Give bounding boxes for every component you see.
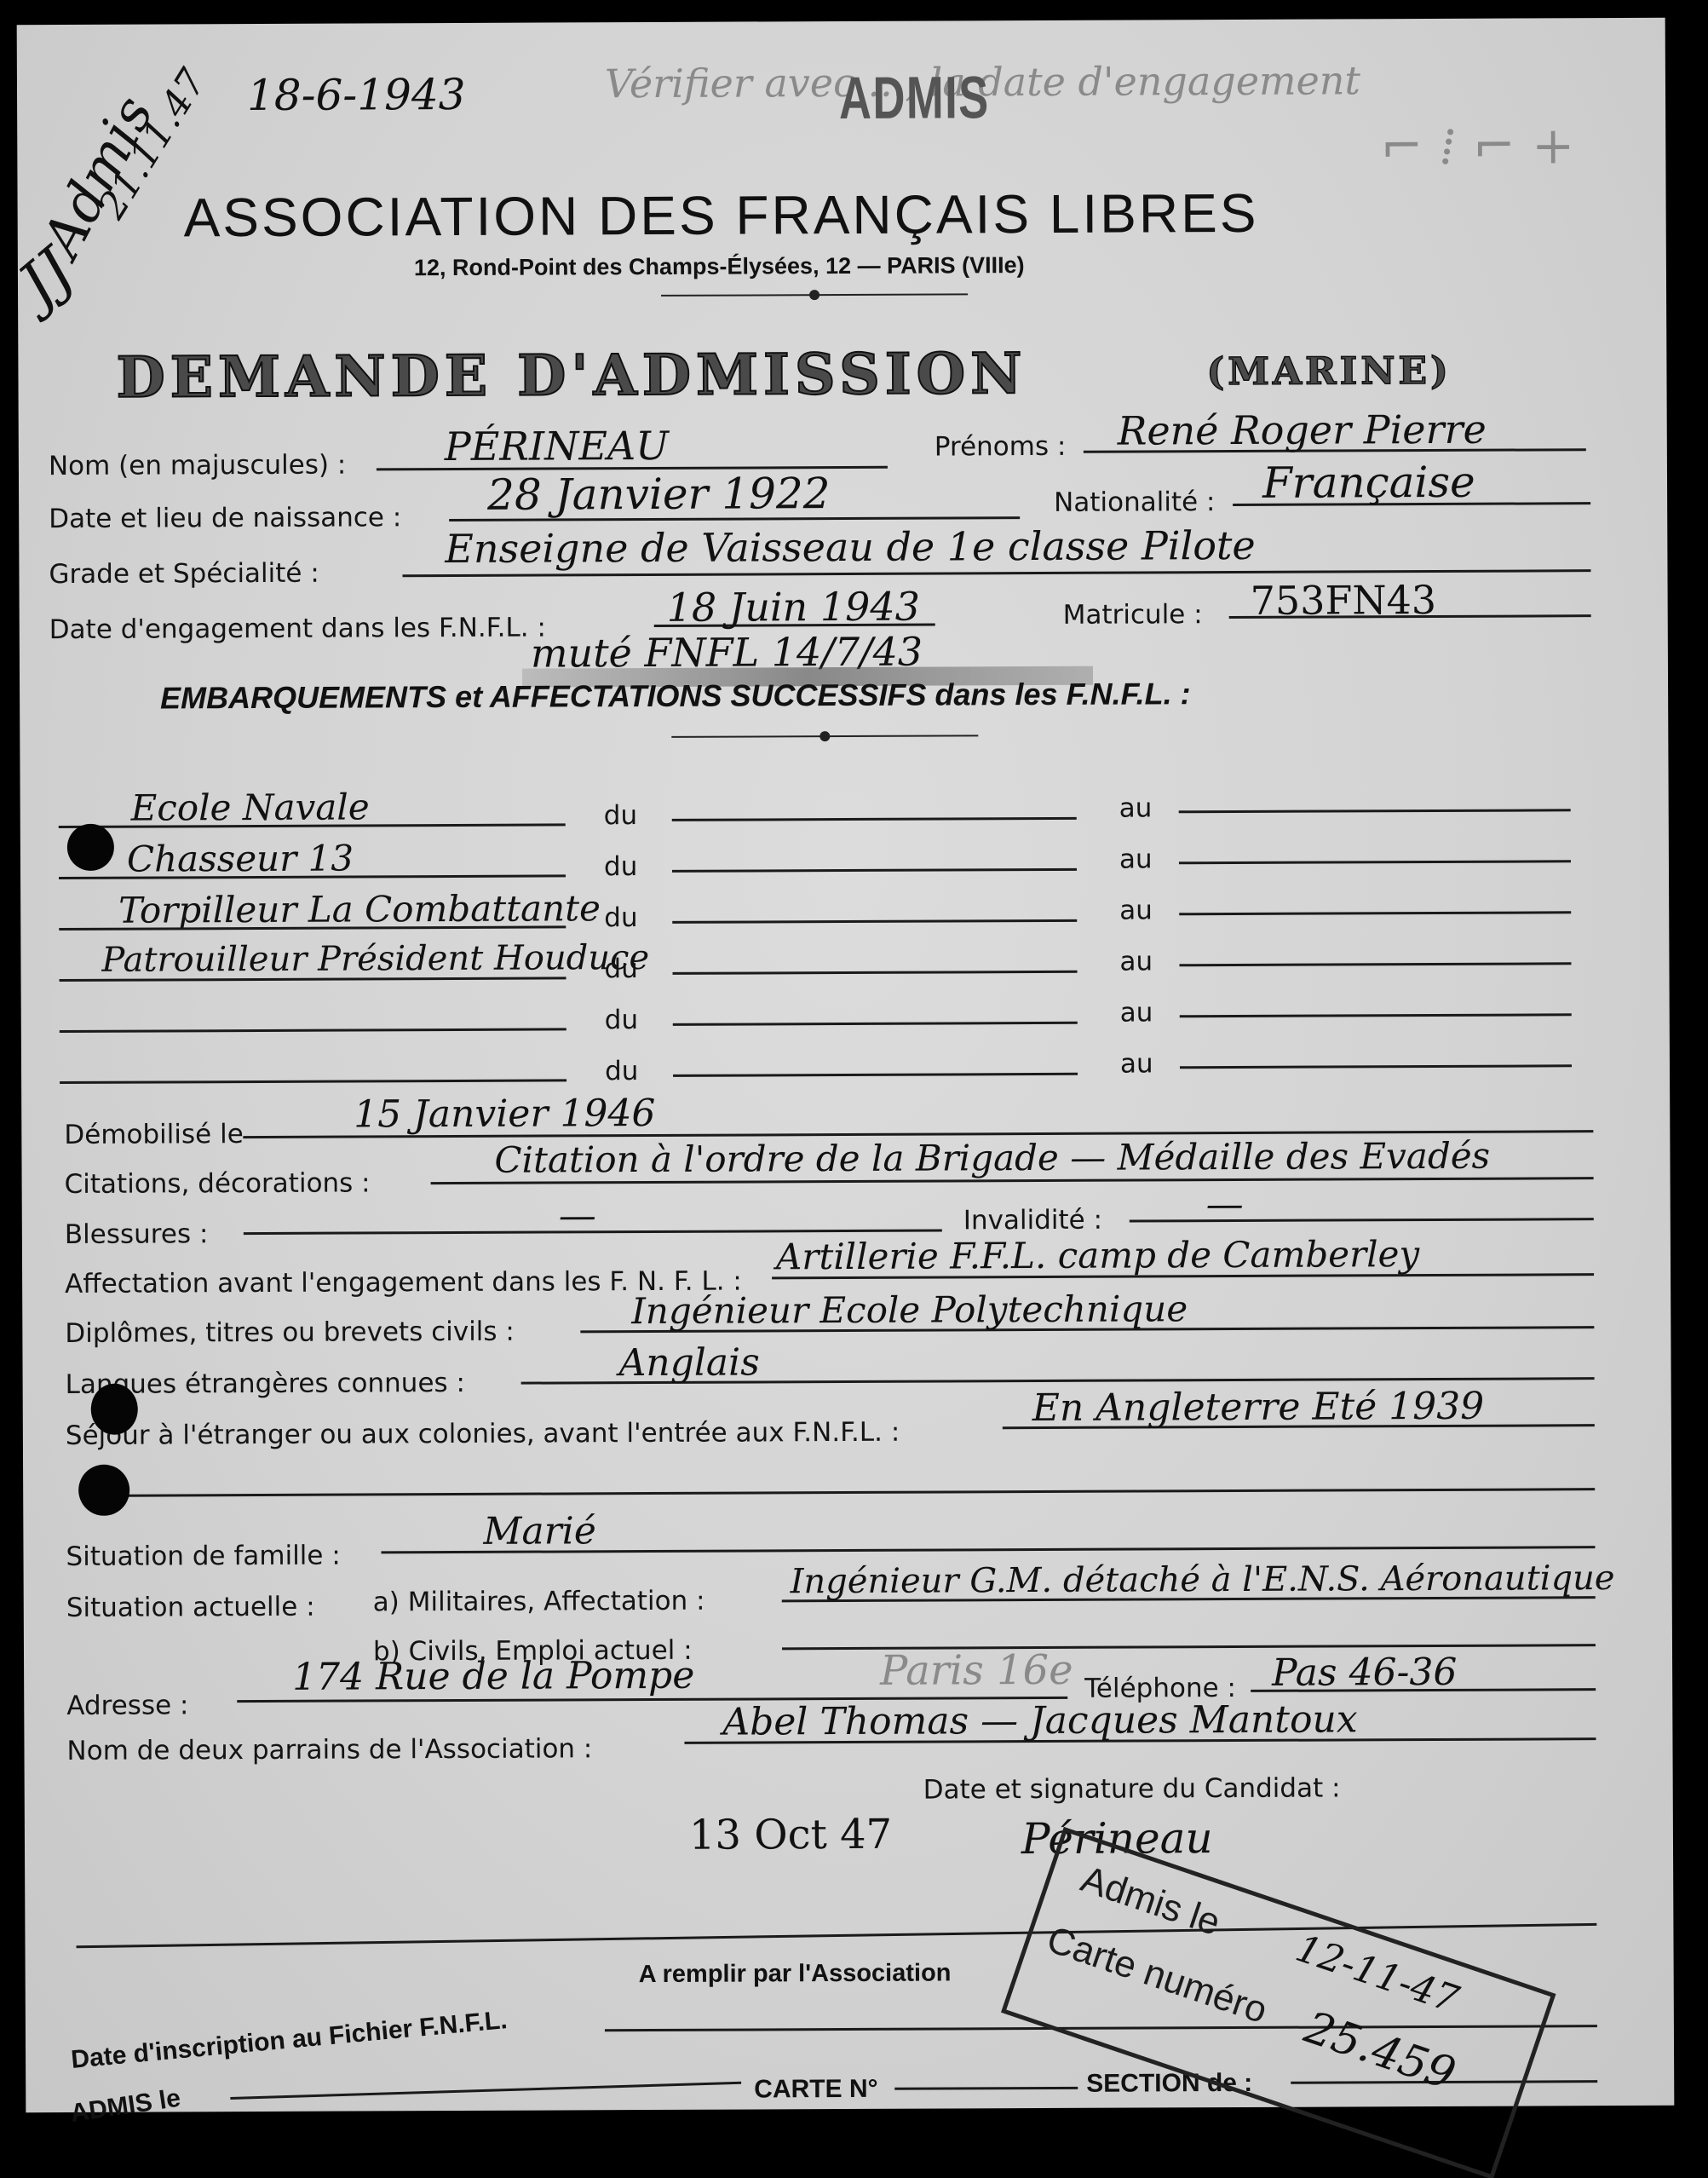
- sejour-extra-line[interactable]: [125, 1488, 1595, 1497]
- association-title: ASSOCIATION DES FRANÇAIS LIBRES: [183, 181, 1258, 250]
- association-address: 12, Rond-Point des Champs-Élysées, 12 — …: [414, 252, 1025, 281]
- du-label: du: [604, 800, 637, 831]
- embarquement-unit[interactable]: Torpilleur La Combattante: [118, 887, 601, 931]
- nom-value[interactable]: PÉRINEAU: [445, 423, 669, 470]
- du-line[interactable]: [672, 817, 1077, 821]
- admis-le-label: ADMIS le: [69, 2084, 183, 2129]
- form-subtitle: (MARINE): [1206, 349, 1452, 394]
- form-sheet: Admis 21.11.47 JJ 18-6-1943 Vérifier ave…: [17, 18, 1675, 2112]
- stamp-admis-label: Admis le: [1076, 1858, 1226, 1945]
- au-line[interactable]: [1180, 1013, 1572, 1017]
- militaires-value[interactable]: Ingénieur G.M. détaché à l'E.N.S. Aérona…: [791, 1559, 1615, 1601]
- carte-line[interactable]: [894, 2087, 1078, 2090]
- militaires-label: a) Militaires, Affectation :: [373, 1586, 705, 1618]
- adresse-pencil-note: Paris 16e: [880, 1646, 1073, 1695]
- naissance-value[interactable]: 28 Janvier 1922: [487, 469, 831, 520]
- au-line[interactable]: [1179, 809, 1571, 813]
- du-line[interactable]: [672, 919, 1077, 924]
- punch-hole: [67, 824, 114, 871]
- form-title: DEMANDE D'ADMISSION: [116, 340, 1027, 411]
- au-line[interactable]: [1180, 1064, 1572, 1069]
- citations-label: Citations, décorations :: [65, 1167, 371, 1200]
- embarquement-row: Ecole Navale du au: [17, 18, 1665, 25]
- au-line[interactable]: [1179, 860, 1571, 864]
- blessures-value[interactable]: —: [559, 1194, 596, 1237]
- naissance-label: Date et lieu de naissance :: [49, 502, 401, 534]
- punch-hole: [91, 1384, 138, 1435]
- grade-value[interactable]: Enseigne de Vaisseau de 1e classe Pilote: [445, 522, 1256, 572]
- embarquement-unit[interactable]: Ecole Navale: [131, 786, 370, 828]
- du-label: du: [604, 954, 637, 984]
- sejour-label: Séjour à l'étranger ou aux colonies, ava…: [66, 1417, 900, 1451]
- famille-label: Situation de famille :: [66, 1541, 340, 1572]
- invalidite-label: Invalidité :: [963, 1205, 1102, 1236]
- invalidite-value[interactable]: —: [1206, 1183, 1244, 1226]
- invalidite-line: [1130, 1218, 1594, 1222]
- embarquements-heading: EMBARQUEMENTS et AFFECTATIONS SUCCESSIFS…: [160, 676, 1191, 716]
- embarquement-row: Patrouilleur Président Houduce du au: [17, 18, 1665, 25]
- admis-le-line[interactable]: [230, 2082, 741, 2100]
- diplomes-label: Diplômes, titres ou brevets civils :: [65, 1317, 515, 1349]
- du-line[interactable]: [673, 971, 1078, 975]
- demobilise-value[interactable]: 15 Janvier 1946: [354, 1092, 655, 1137]
- prenoms-value[interactable]: René Roger Pierre: [1118, 406, 1487, 454]
- situation-actuelle-label: Situation actuelle :: [66, 1592, 315, 1623]
- du-label: du: [605, 1056, 638, 1086]
- famille-value[interactable]: Marié: [483, 1509, 596, 1553]
- unit-line[interactable]: [60, 1028, 566, 1033]
- matricule-label: Matricule :: [1063, 599, 1203, 631]
- punch-hole: [78, 1465, 129, 1516]
- prenoms-label: Prénoms :: [935, 431, 1067, 463]
- au-label: au: [1120, 1048, 1153, 1079]
- admission-stamp: Admis le 12-11-47 Carte numéro 25.459: [1001, 1827, 1556, 2178]
- du-label: du: [604, 851, 637, 882]
- blessures-label: Blessures :: [65, 1219, 209, 1250]
- demobilise-label: Démobilisé le: [64, 1119, 244, 1150]
- embarquement-row: Torpilleur La Combattante du au: [17, 18, 1665, 25]
- adresse-label: Adresse :: [66, 1690, 188, 1721]
- au-label: au: [1119, 844, 1153, 874]
- header-ornament: [661, 293, 968, 297]
- signature-date[interactable]: 13 Oct 47: [689, 1811, 892, 1859]
- au-label: au: [1119, 792, 1153, 823]
- au-line[interactable]: [1179, 911, 1571, 915]
- stamp-carte-label: Carte numéro: [1042, 1918, 1273, 2032]
- au-label: au: [1119, 946, 1153, 977]
- affectation-avant-value[interactable]: Artillerie F.F.L. camp de Camberley: [776, 1233, 1419, 1277]
- matricule-value[interactable]: 753FN43: [1251, 577, 1437, 624]
- au-line[interactable]: [1179, 962, 1571, 966]
- citations-value[interactable]: Citation à l'ordre de la Brigade — Médai…: [494, 1135, 1490, 1181]
- embarquement-row: du au: [17, 18, 1665, 25]
- nationalite-label: Nationalité :: [1054, 487, 1215, 518]
- engagement-label: Date d'engagement dans les F.N.F.L. :: [49, 613, 546, 646]
- grade-label: Grade et Spécialité :: [49, 558, 319, 590]
- embarquement-row: du au: [17, 18, 1665, 25]
- diplomes-value[interactable]: Ingénieur Ecole Polytechnique: [631, 1288, 1188, 1332]
- du-label: du: [604, 902, 637, 933]
- parrains-value[interactable]: Abel Thomas — Jacques Mantoux: [722, 1697, 1358, 1743]
- parrains-label: Nom de deux parrains de l'Association :: [66, 1733, 592, 1766]
- embarquement-unit[interactable]: Patrouilleur Président Houduce: [101, 938, 649, 980]
- telephone-value[interactable]: Pas 46-36: [1272, 1651, 1458, 1695]
- au-label: au: [1120, 997, 1153, 1028]
- carte-label: CARTE N°: [754, 2075, 877, 2105]
- sejour-value[interactable]: En Angleterre Eté 1939: [1032, 1385, 1485, 1430]
- section-ornament: [671, 735, 978, 738]
- signature-label: Date et signature du Candidat :: [923, 1772, 1341, 1805]
- embarquements-list: Ecole Navale du au Chasseur 13 du au Tor…: [17, 18, 1665, 25]
- du-line[interactable]: [673, 1073, 1078, 1077]
- unit-line[interactable]: [60, 1079, 566, 1084]
- du-line[interactable]: [672, 868, 1077, 873]
- embarquement-row: Chasseur 13 du au: [17, 18, 1665, 25]
- adresse-value[interactable]: 174 Rue de la Pompe: [292, 1654, 694, 1699]
- du-label: du: [605, 1005, 638, 1035]
- handwritten-top-date: 18-6-1943: [247, 70, 466, 120]
- association-section-heading: A remplir par l'Association: [639, 1959, 952, 1989]
- du-line[interactable]: [673, 1022, 1078, 1026]
- langues-value[interactable]: Anglais: [618, 1340, 759, 1385]
- nationalite-value[interactable]: Française: [1262, 458, 1475, 508]
- au-label: au: [1119, 895, 1153, 925]
- admis-stamp: ADMIS: [839, 63, 990, 132]
- engagement-value[interactable]: 18 Juin 1943: [667, 584, 920, 631]
- pencil-scribble: ⌐ ⁞ ⌐ +: [1380, 116, 1574, 176]
- inscription-label: Date d'inscription au Fichier F.N.F.L.: [70, 2006, 509, 2075]
- nom-label: Nom (en majuscules) :: [49, 450, 347, 482]
- embarquement-unit[interactable]: Chasseur 13: [127, 838, 354, 880]
